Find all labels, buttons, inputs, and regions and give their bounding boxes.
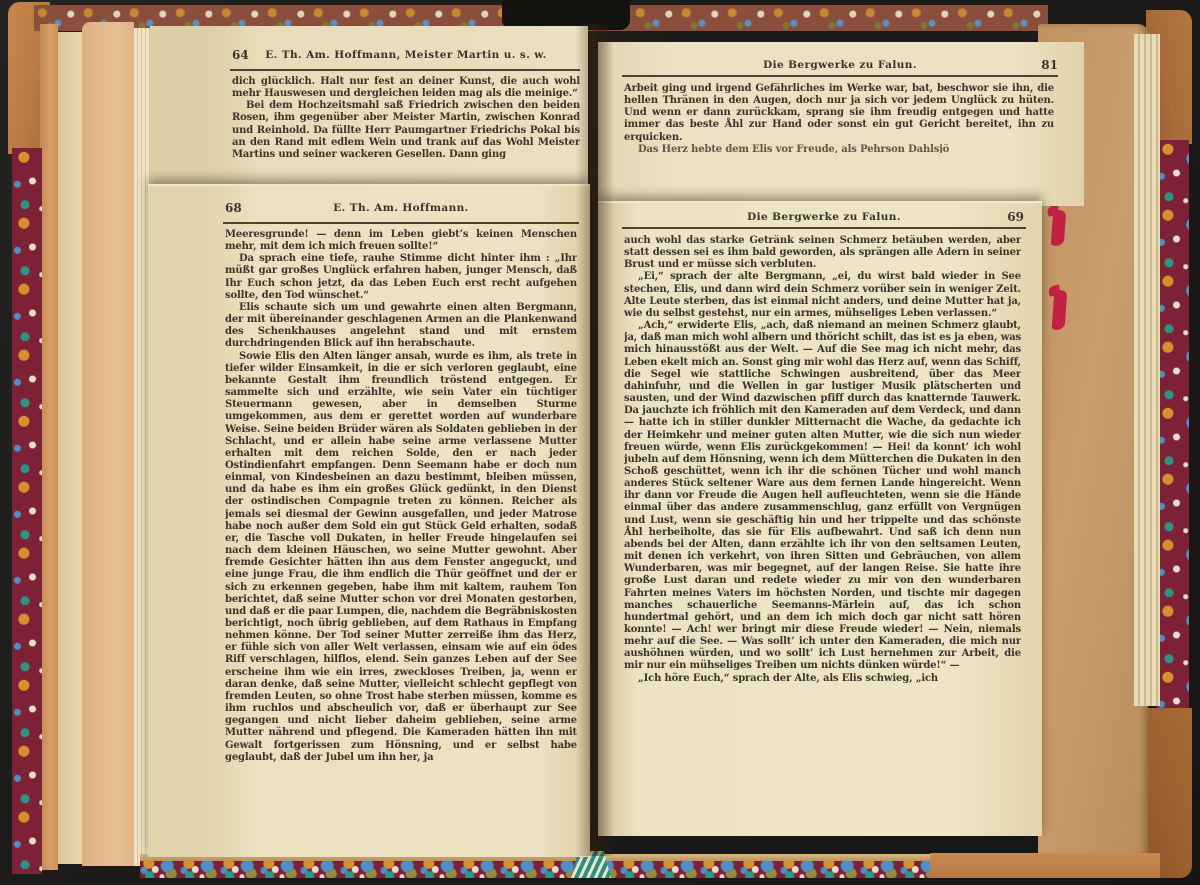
- running-header-64: 64 E. Th. Am. Hoffmann, Meister Martin u…: [232, 48, 580, 64]
- running-title-81: Die Bergwerke zu Falun.: [622, 59, 1058, 71]
- page-69[interactable]: Die Bergwerke zu Falun. 69 auch wohl das…: [598, 201, 1042, 836]
- leather-left-turn-in: [40, 24, 58, 870]
- paragraph: Bei dem Hochzeitsmahl saß Friedrich zwis…: [232, 100, 580, 161]
- paragraph: „Ich höre Euch,“ sprach der Alte, als El…: [624, 673, 1021, 685]
- page-edge-stack-left: [58, 32, 82, 864]
- header-rule: [622, 75, 1058, 77]
- running-header-81: Die Bergwerke zu Falun. 81: [622, 58, 1058, 74]
- paragraph: Elis schaute sich um und gewahrte einen …: [225, 302, 577, 351]
- body-text-68: Meeresgrunde! — denn im Leben giebt’s ke…: [225, 229, 577, 807]
- paragraph: Da sprach eine tiefe, rauhe Stimme dicht…: [225, 253, 577, 302]
- marbled-bottom-edge: [140, 861, 940, 878]
- page-81[interactable]: Die Bergwerke zu Falun. 81 Arbeit ging u…: [598, 42, 1084, 206]
- page-64[interactable]: 64 E. Th. Am. Hoffmann, Meister Martin u…: [150, 26, 588, 186]
- running-header-68: 68 E. Th. Am. Hoffmann.: [225, 201, 577, 217]
- running-title-64: E. Th. Am. Hoffmann, Meister Martin u. s…: [232, 49, 580, 61]
- paragraph: auch wohl das starke Getränk seinen Schm…: [624, 235, 1021, 271]
- running-title-68: E. Th. Am. Hoffmann.: [225, 202, 577, 214]
- page-68[interactable]: 68 E. Th. Am. Hoffmann. Meeresgrunde! — …: [148, 184, 590, 857]
- paragraph: Arbeit ging und irgend Gefährliches im W…: [624, 83, 1054, 144]
- paragraph: dich glücklich. Halt nur fest an deiner …: [232, 76, 580, 100]
- paragraph: „Ei,“ sprach der alte Bergmann, „ei, du …: [624, 271, 1021, 320]
- paragraph: Meeresgrunde! — denn im Leben giebt’s ke…: [225, 229, 577, 253]
- running-header-69: Die Bergwerke zu Falun. 69: [624, 210, 1024, 226]
- flyleaf-left: [82, 22, 134, 866]
- page-number-81: 81: [1041, 58, 1058, 72]
- running-title-69: Die Bergwerke zu Falun.: [624, 211, 1024, 223]
- body-text-81: Arbeit ging und irgend Gefährliches im W…: [624, 83, 1054, 204]
- body-text-69: auch wohl das starke Getränk seinen Schm…: [624, 235, 1021, 795]
- marbled-right-edge: [1156, 140, 1189, 714]
- book-photo: 64 E. Th. Am. Hoffmann, Meister Martin u…: [0, 0, 1200, 885]
- paragraph: „Ach,“ erwiderte Elis, „ach, daß niemand…: [624, 320, 1021, 673]
- marbled-left-endpaper: [12, 148, 42, 874]
- page-number-69: 69: [1007, 210, 1024, 224]
- paragraph: Sowie Elis den Alten länger ansah, wurde…: [225, 351, 577, 764]
- body-text-64: dich glücklich. Halt nur fest an deiner …: [232, 76, 580, 186]
- header-rule: [223, 222, 579, 224]
- header-rule: [622, 227, 1026, 229]
- page-edge-stack-right: [1134, 34, 1160, 706]
- header-rule: [230, 69, 580, 71]
- leather-bottom-edge: [930, 853, 1160, 878]
- paragraph: Das Herz hebte dem Elis vor Freude, als …: [624, 144, 1054, 153]
